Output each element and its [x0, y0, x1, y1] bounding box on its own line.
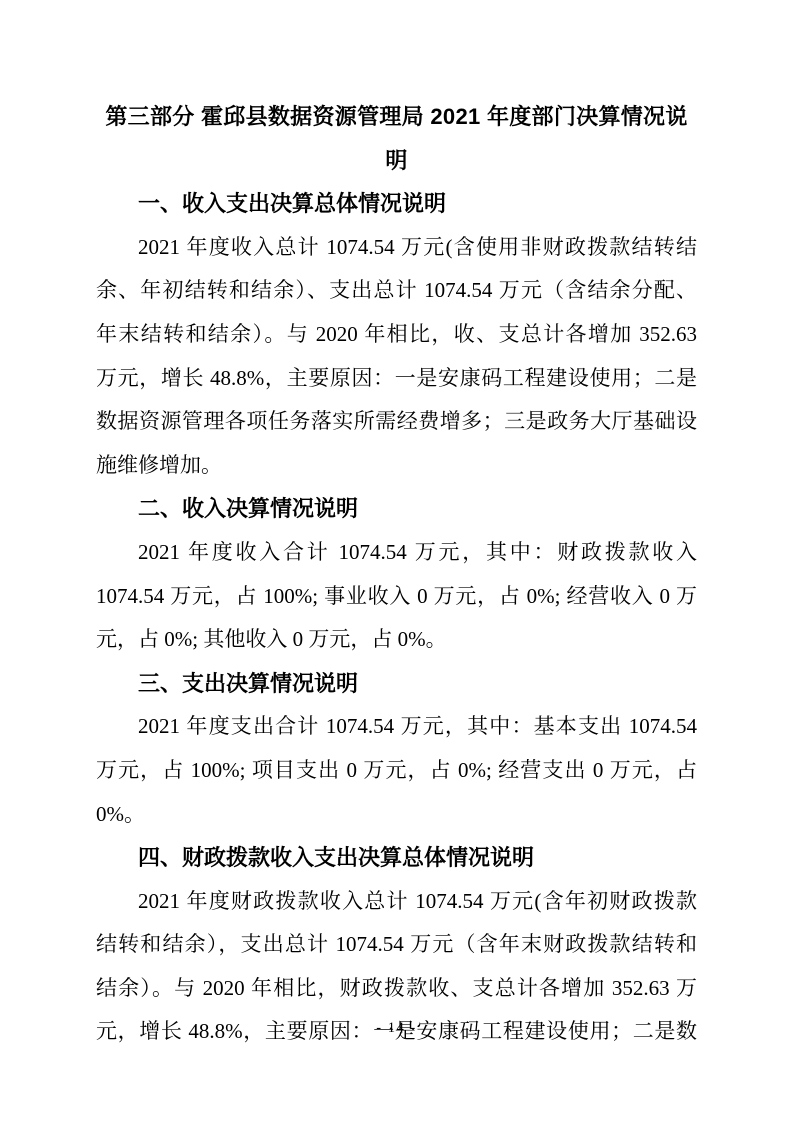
text-line: 1074.54 万元，占 100%; 事业收入 0 万元，占 0%; 经营收入 … [96, 575, 697, 619]
text-line: 0%。 [96, 793, 697, 837]
paragraph: 2021 年度收入合计 1074.54 万元，其中：财政拨款收入 1074.54… [96, 531, 697, 662]
text-line: 万元，占 100%; 项目支出 0 万元，占 0%; 经营支出 0 万元，占 [96, 749, 697, 793]
paragraph: 2021 年度支出合计 1074.54 万元，其中：基本支出 1074.54 万… [96, 705, 697, 836]
text-line: 2021 年度财政拨款收入总计 1074.54 万元(含年初财政拨款 [96, 880, 697, 924]
text-line: 年末结转和结余）。与 2020 年相比，收、支总计各增加 352.63 [96, 313, 697, 357]
text-line: 数据资源管理各项任务落实所需经费增多；三是政务大厅基础设 [96, 400, 697, 444]
section-heading: 一、收入支出决算总体情况说明 [96, 182, 697, 226]
text-line: 2021 年度支出合计 1074.54 万元，其中：基本支出 1074.54 [96, 705, 697, 749]
section-heading: 四、财政拨款收入支出决算总体情况说明 [96, 836, 697, 880]
text-line: 结余）。与 2020 年相比，财政拨款收、支总计各增加 352.63 万 [96, 967, 697, 1011]
text-line: 2021 年度收入总计 1074.54 万元(含使用非财政拨款结转结 [96, 226, 697, 270]
section-heading: 二、收入决算情况说明 [96, 487, 697, 531]
text-line: 结转和结余），支出总计 1074.54 万元（含年末财政拨款结转和 [96, 923, 697, 967]
text-line: 施维修增加。 [96, 444, 697, 488]
text-line: 2021 年度收入合计 1074.54 万元，其中：财政拨款收入 [96, 531, 697, 575]
text-line: 元，占 0%; 其他收入 0 万元，占 0%。 [96, 618, 697, 662]
section-income-statement: 二、收入决算情况说明 2021 年度收入合计 1074.54 万元，其中：财政拨… [96, 487, 697, 661]
document-page: 第三部分 霍邱县数据资源管理局 2021 年度部门决算情况说明 一、收入支出决算… [0, 0, 793, 1122]
text-line: 余、年初结转和结余）、支出总计 1074.54 万元（含结余分配、 [96, 269, 697, 313]
section-heading: 三、支出决算情况说明 [96, 662, 697, 706]
section-expenditure-statement: 三、支出决算情况说明 2021 年度支出合计 1074.54 万元，其中：基本支… [96, 662, 697, 836]
document-title: 第三部分 霍邱县数据资源管理局 2021 年度部门决算情况说明 [96, 95, 697, 182]
section-income-expenditure-overview: 一、收入支出决算总体情况说明 2021 年度收入总计 1074.54 万元(含使… [96, 182, 697, 487]
page-number: - 14 - [0, 1020, 793, 1037]
text-line: 万元，增长 48.8%，主要原因：一是安康码工程建设使用；二是 [96, 357, 697, 401]
paragraph: 2021 年度收入总计 1074.54 万元(含使用非财政拨款结转结 余、年初结… [96, 226, 697, 488]
